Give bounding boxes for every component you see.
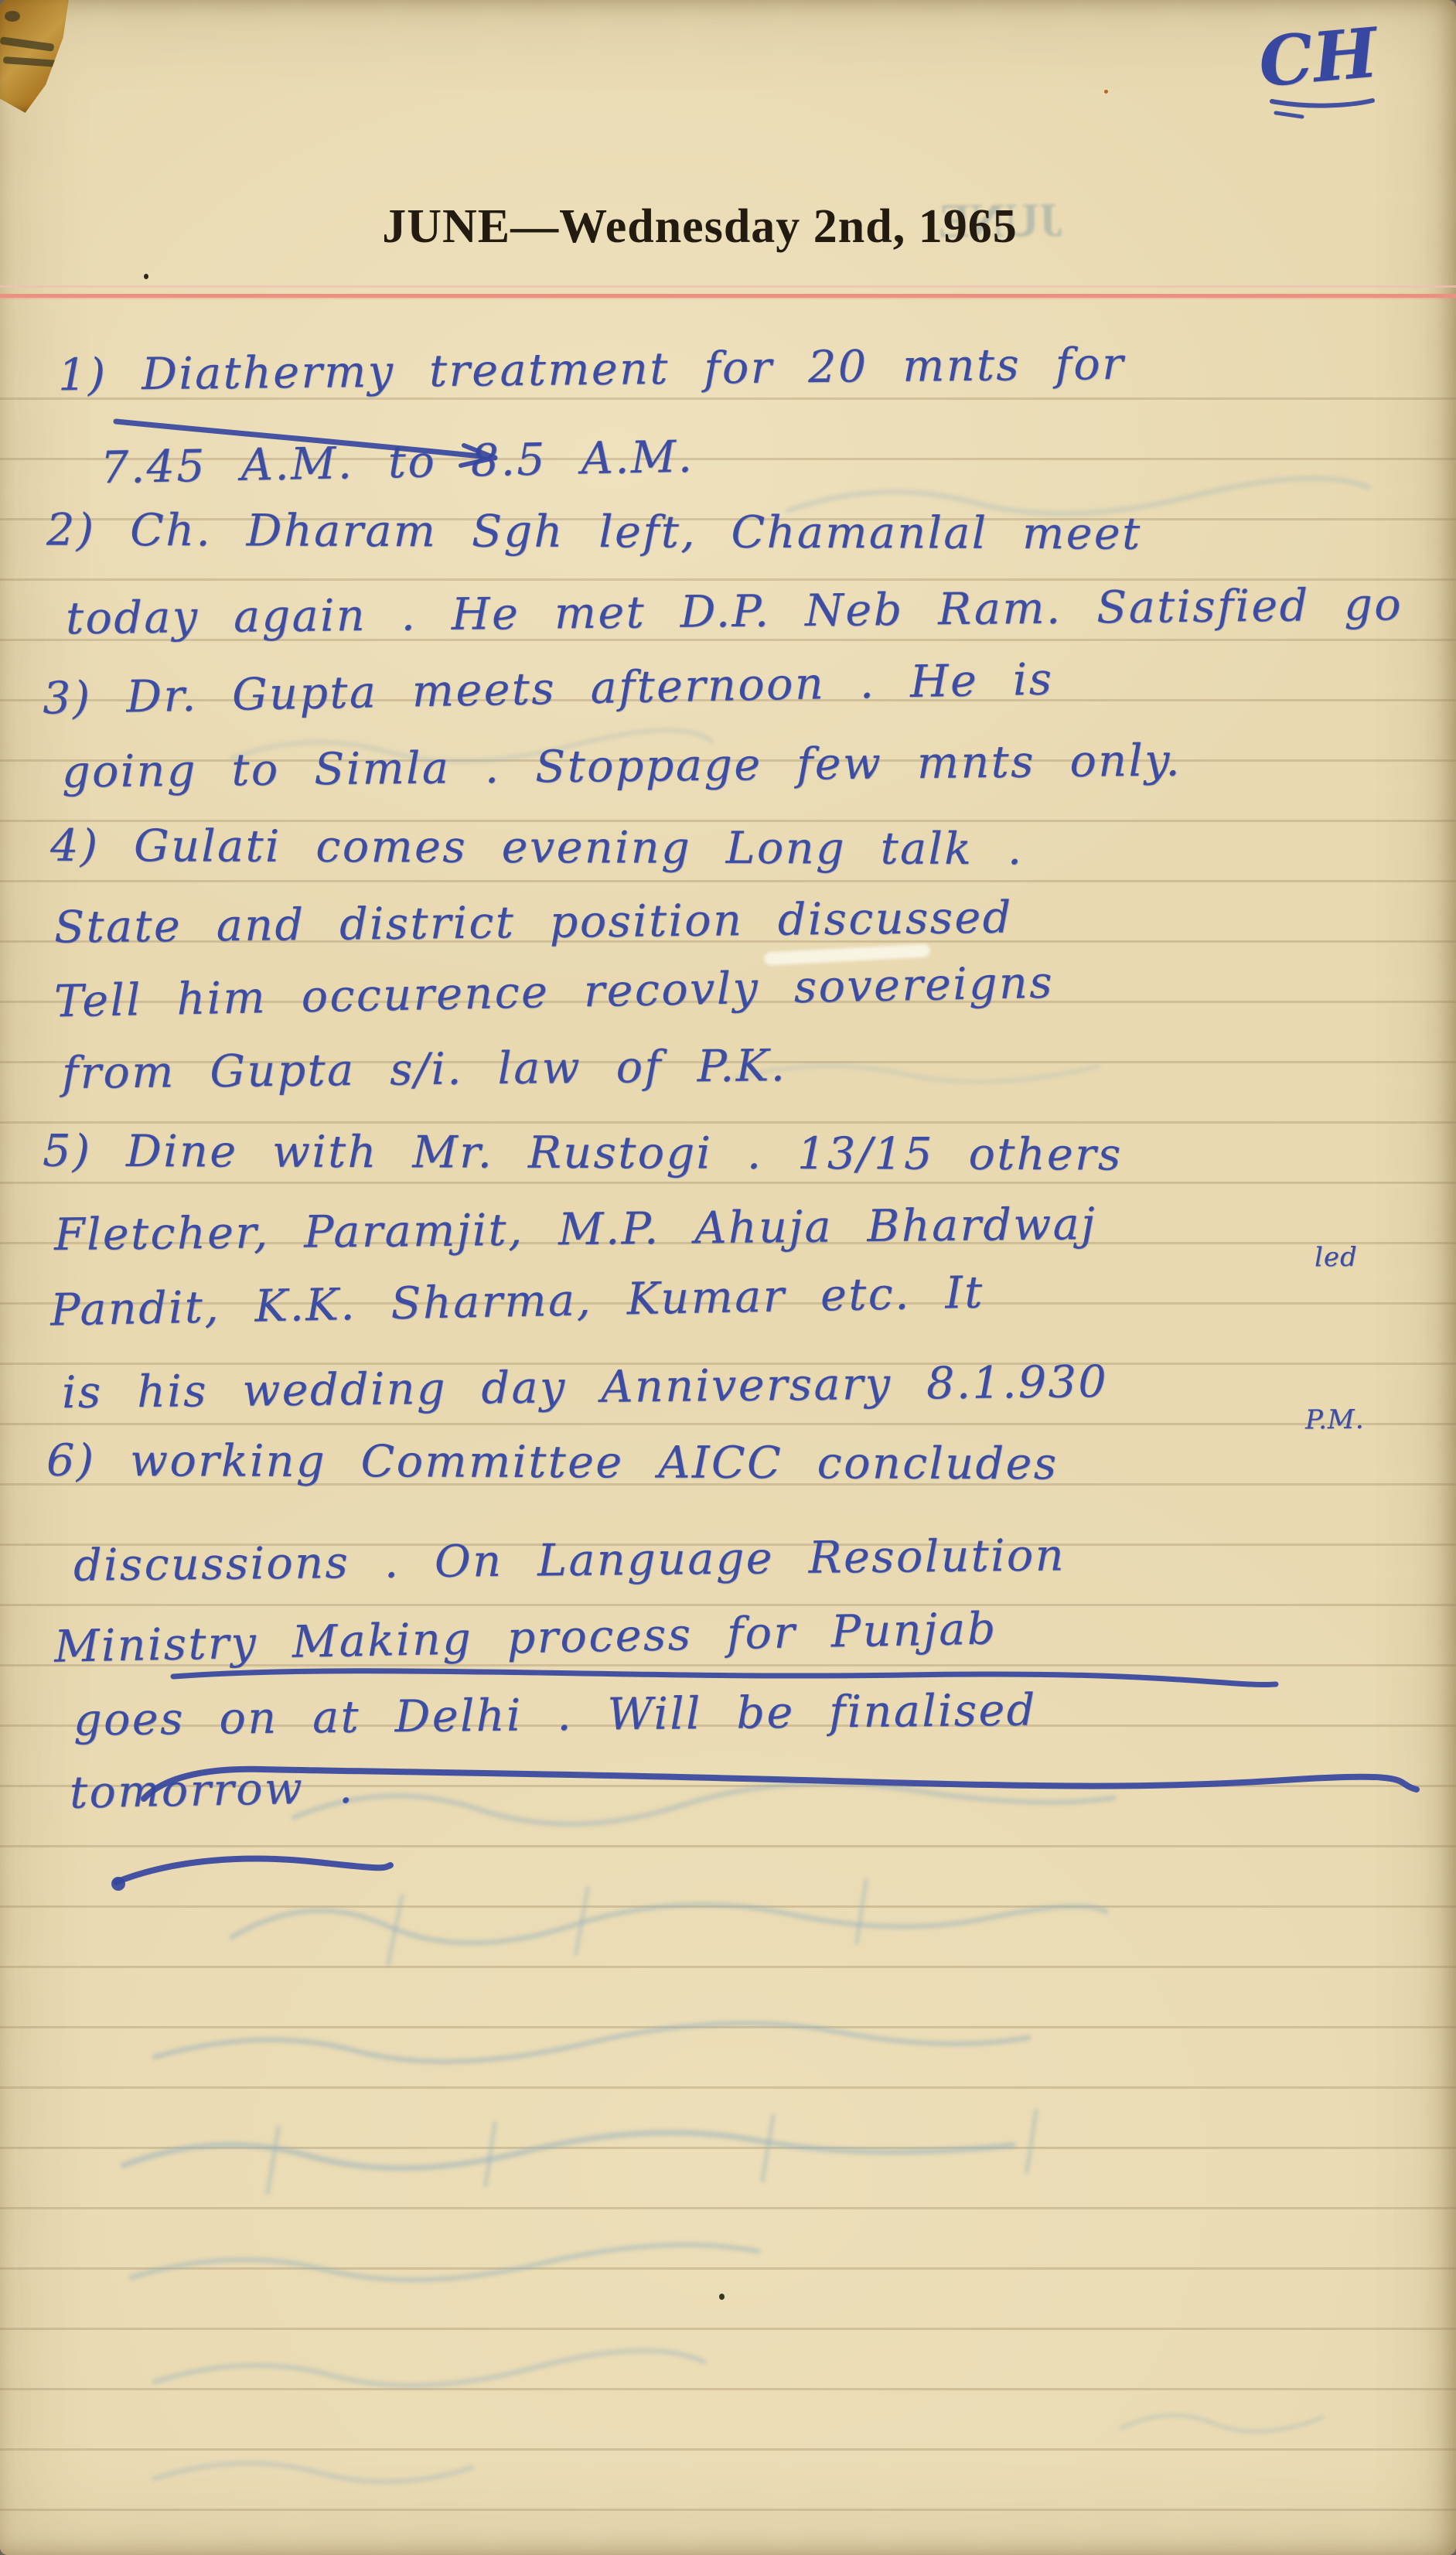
ink-speck — [719, 2294, 725, 2300]
ink-speck — [144, 274, 148, 279]
paper-fleck — [1104, 90, 1108, 94]
ink-strokes — [0, 0, 1456, 2555]
diary-page: JUNE CH JUNE—Wednesday 2nd, 1965 1) Diat… — [0, 0, 1456, 2555]
